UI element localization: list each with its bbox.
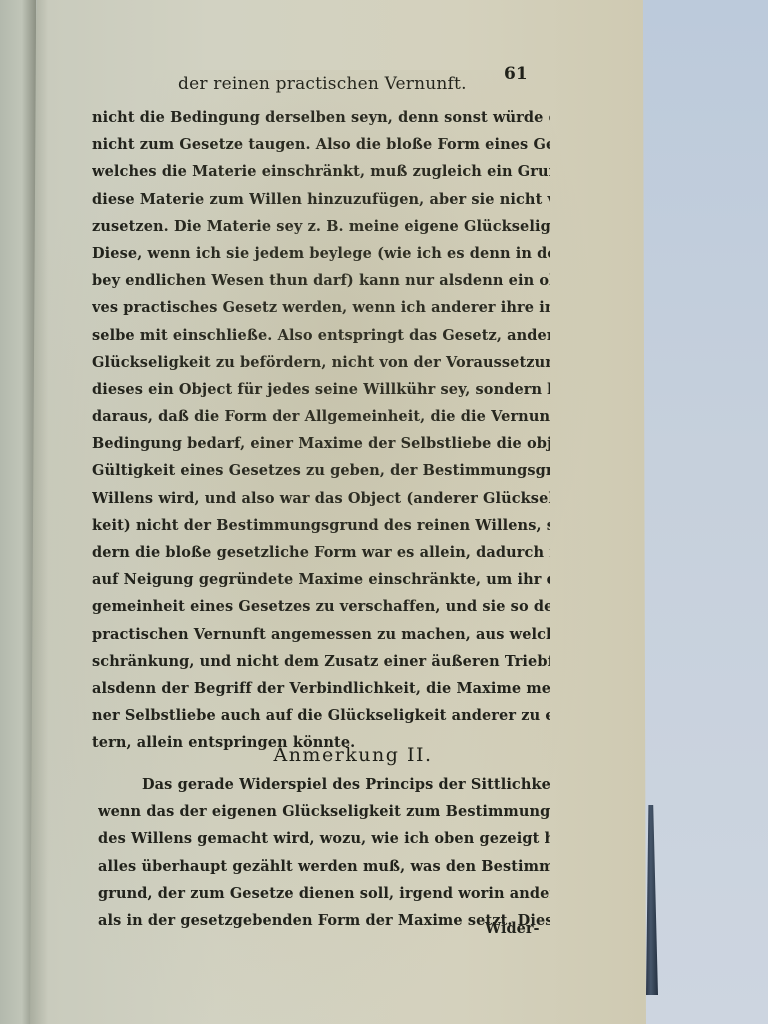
page-number: 61: [504, 64, 528, 84]
running-head: der reinen practischen Vernunft. 61: [30, 62, 646, 92]
text-line: alles überhaupt gezählt werden muß, was …: [98, 853, 550, 880]
text-line: Glückseligkeit zu befördern, nicht von d…: [92, 349, 550, 376]
text-line: selbe mit einschließe. Also entspringt d…: [92, 322, 550, 349]
text-line: schränkung, und nicht dem Zusatz einer ä…: [92, 648, 550, 675]
text-line: practischen Vernunft angemessen zu mache…: [92, 621, 550, 648]
text-line: bey endlichen Wesen thun darf) kann nur …: [92, 267, 550, 294]
text-line: Diese, wenn ich sie jedem beylege (wie i…: [92, 240, 550, 267]
text-line: Gültigkeit eines Gesetzes zu geben, der …: [92, 457, 550, 484]
text-line: wenn das der eigenen Glückseligkeit zum …: [98, 798, 550, 825]
text-line: Willens wird, und also war das Object (a…: [92, 485, 550, 512]
text-line: dieses ein Object für jedes seine Willkü…: [92, 376, 550, 403]
text-line: gemeinheit eines Gesetzes zu verschaffen…: [92, 593, 550, 620]
section-text: Das gerade Widerspiel des Princips der S…: [98, 771, 550, 934]
catchword: Wider-: [485, 920, 540, 937]
left-page-edge: [0, 0, 36, 1024]
text-line: zusetzen. Die Materie sey z. B. meine ei…: [92, 213, 550, 240]
text-line: Das gerade Widerspiel des Princips der S…: [98, 771, 550, 798]
text-line: nicht die Bedingung derselben seyn, denn…: [92, 104, 550, 131]
section-heading: Anmerkung II.: [30, 744, 646, 766]
text-line: des Willens gemacht wird, wozu, wie ich …: [98, 825, 550, 852]
body-text: nicht die Bedingung derselben seyn, denn…: [92, 104, 550, 757]
text-line: nicht zum Gesetze taugen. Also die bloße…: [92, 131, 550, 158]
text-line: auf Neigung gegründete Maxime einschränk…: [92, 566, 550, 593]
text-line: diese Materie zum Willen hinzuzufügen, a…: [92, 186, 550, 213]
text-line: ner Selbstliebe auch auf die Glückseligk…: [92, 702, 550, 729]
text-line: dern die bloße gesetzliche Form war es a…: [92, 539, 550, 566]
running-title: der reinen practischen Vernunft.: [178, 74, 467, 94]
text-line: als in der gesetzgebenden Form der Maxim…: [98, 907, 550, 934]
text-line: daraus, daß die Form der Allgemeinheit, …: [92, 403, 550, 430]
book-page: der reinen practischen Vernunft. 61 nich…: [30, 0, 646, 1024]
text-line: grund, der zum Gesetze dienen soll, irge…: [98, 880, 550, 907]
text-line: ves practisches Gesetz werden, wenn ich …: [92, 294, 550, 321]
text-line: keit) nicht der Bestimmungsgrund des rei…: [92, 512, 550, 539]
text-line: alsdenn der Begriff der Verbindlichkeit,…: [92, 675, 550, 702]
text-line: Bedingung bedarf, einer Maxime der Selbs…: [92, 430, 550, 457]
text-line: welches die Materie einschränkt, muß zug…: [92, 158, 550, 185]
